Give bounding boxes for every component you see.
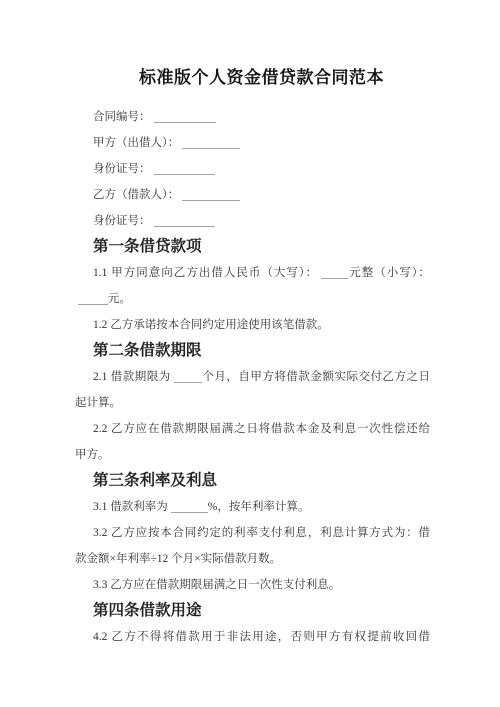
party-b-field: 乙方（借款人）：	[75, 182, 430, 208]
party-b-label: 乙方（借款人）：	[93, 189, 179, 201]
party-b-blank	[182, 188, 240, 201]
clause-3-1-text-a: 3.1 借款利率为	[93, 501, 168, 513]
party-a-blank	[182, 136, 240, 149]
clause-4-2: 4.2 乙方不得将借款用于非法用途，否则甲方有权提前收回借	[75, 624, 430, 650]
clause-2-1-line-1: 2.1 借款期限为个月，自甲方将借款金额实际交付乙方之日	[75, 364, 430, 390]
section-4-heading-text: 第四条借款用途	[93, 602, 202, 619]
clause-2-1-text-c: 起计算。	[75, 397, 121, 409]
clause-3-2-text-a: 3.2 乙方应按本合同约定的利率支付利息，利息计算方式为：借	[93, 527, 430, 539]
clause-1-2: 1.2 乙方承诺按本合同约定用途使用该笔借款。	[75, 312, 430, 338]
clause-2-2-text-b: 甲方。	[75, 449, 110, 461]
clause-2-2-text-a: 2.2 乙方应在借款期限届满之日将借款本金及利息一次性偿还给	[93, 423, 430, 435]
section-1-heading-text: 第一条借贷款项	[93, 238, 202, 255]
section-3-heading-text: 第三条利率及利息	[93, 472, 217, 489]
section-3-heading: 第三条利率及利息	[75, 468, 430, 494]
section-2-heading-text: 第二条借款期限	[93, 342, 202, 359]
clause-3-3-text: 3.3 乙方应在借款期限届满之日一次性支付利息。	[93, 579, 340, 591]
clause-2-2-line-1: 2.2 乙方应在借款期限届满之日将借款本金及利息一次性偿还给	[75, 416, 430, 442]
document-content: 标准版个人资金借贷款合同范本 合同编号：甲方（出借人）：身份证号：乙方（借款人）…	[0, 0, 500, 650]
contract-number-label: 合同编号：	[93, 111, 151, 123]
clause-1-2-text: 1.2 乙方承诺按本合同约定用途使用该笔借款。	[93, 319, 329, 331]
section-4-heading: 第四条借款用途	[75, 598, 430, 624]
clause-2-1-text-b: 个月，自甲方将借款金额实际交付乙方之日	[202, 371, 430, 383]
party-b-id-blank	[154, 214, 215, 227]
loan-term-blank	[174, 370, 202, 383]
contract-number-field: 合同编号：	[75, 104, 430, 130]
clause-3-3: 3.3 乙方应在借款期限届满之日一次性支付利息。	[75, 572, 430, 598]
clause-2-1-text-a: 2.1 借款期限为	[93, 371, 171, 383]
section-1-heading: 第一条借贷款项	[75, 234, 430, 260]
clause-4-2-text: 4.2 乙方不得将借款用于非法用途，否则甲方有权提前收回借	[93, 631, 430, 643]
clause-2-2-line-2: 甲方。	[75, 442, 430, 468]
party-a-label: 甲方（出借人）：	[93, 137, 179, 149]
clause-3-2-line-1: 3.2 乙方应按本合同约定的利率支付利息，利息计算方式为：借	[75, 520, 430, 546]
party-a-field: 甲方（出借人）：	[75, 130, 430, 156]
interest-rate-blank	[171, 500, 208, 513]
amount-capital-blank	[321, 266, 348, 279]
clause-1-1-line-2: 元。	[75, 286, 430, 312]
section-2-heading: 第二条借款期限	[75, 338, 430, 364]
clause-1-1-text-c: 元。	[108, 293, 131, 305]
clause-1-1-text-a: 1.1 甲方同意向乙方出借人民币（大写）：	[93, 267, 318, 279]
clause-3-2-text-b: 款金额×年利率÷12 个月×实际借款月数。	[75, 553, 281, 565]
clause-1-1-text-b: 元整（小写）：	[348, 267, 430, 279]
amount-numeric-blank	[78, 292, 108, 305]
clause-3-1-text-b: %，按年利率计算。	[208, 501, 310, 513]
party-a-id-field: 身份证号：	[75, 156, 430, 182]
document-title: 标准版个人资金借贷款合同范本	[93, 65, 430, 91]
clause-3-1: 3.1 借款利率为%，按年利率计算。	[75, 494, 430, 520]
party-a-id-blank	[154, 162, 215, 175]
party-b-id-label: 身份证号：	[93, 215, 151, 227]
clause-3-2-line-2: 款金额×年利率÷12 个月×实际借款月数。	[75, 546, 430, 572]
contract-document-page: 标准版个人资金借贷款合同范本 合同编号：甲方（出借人）：身份证号：乙方（借款人）…	[0, 0, 500, 707]
contract-number-blank	[154, 110, 216, 123]
party-b-id-field: 身份证号：	[75, 208, 430, 234]
document-body: 合同编号：甲方（出借人）：身份证号：乙方（借款人）：身份证号：第一条借贷款项1.…	[75, 104, 430, 650]
clause-2-1-line-2: 起计算。	[75, 390, 430, 416]
party-a-id-label: 身份证号：	[93, 163, 151, 175]
clause-1-1-line-1: 1.1 甲方同意向乙方出借人民币（大写）：元整（小写）：	[75, 260, 430, 286]
